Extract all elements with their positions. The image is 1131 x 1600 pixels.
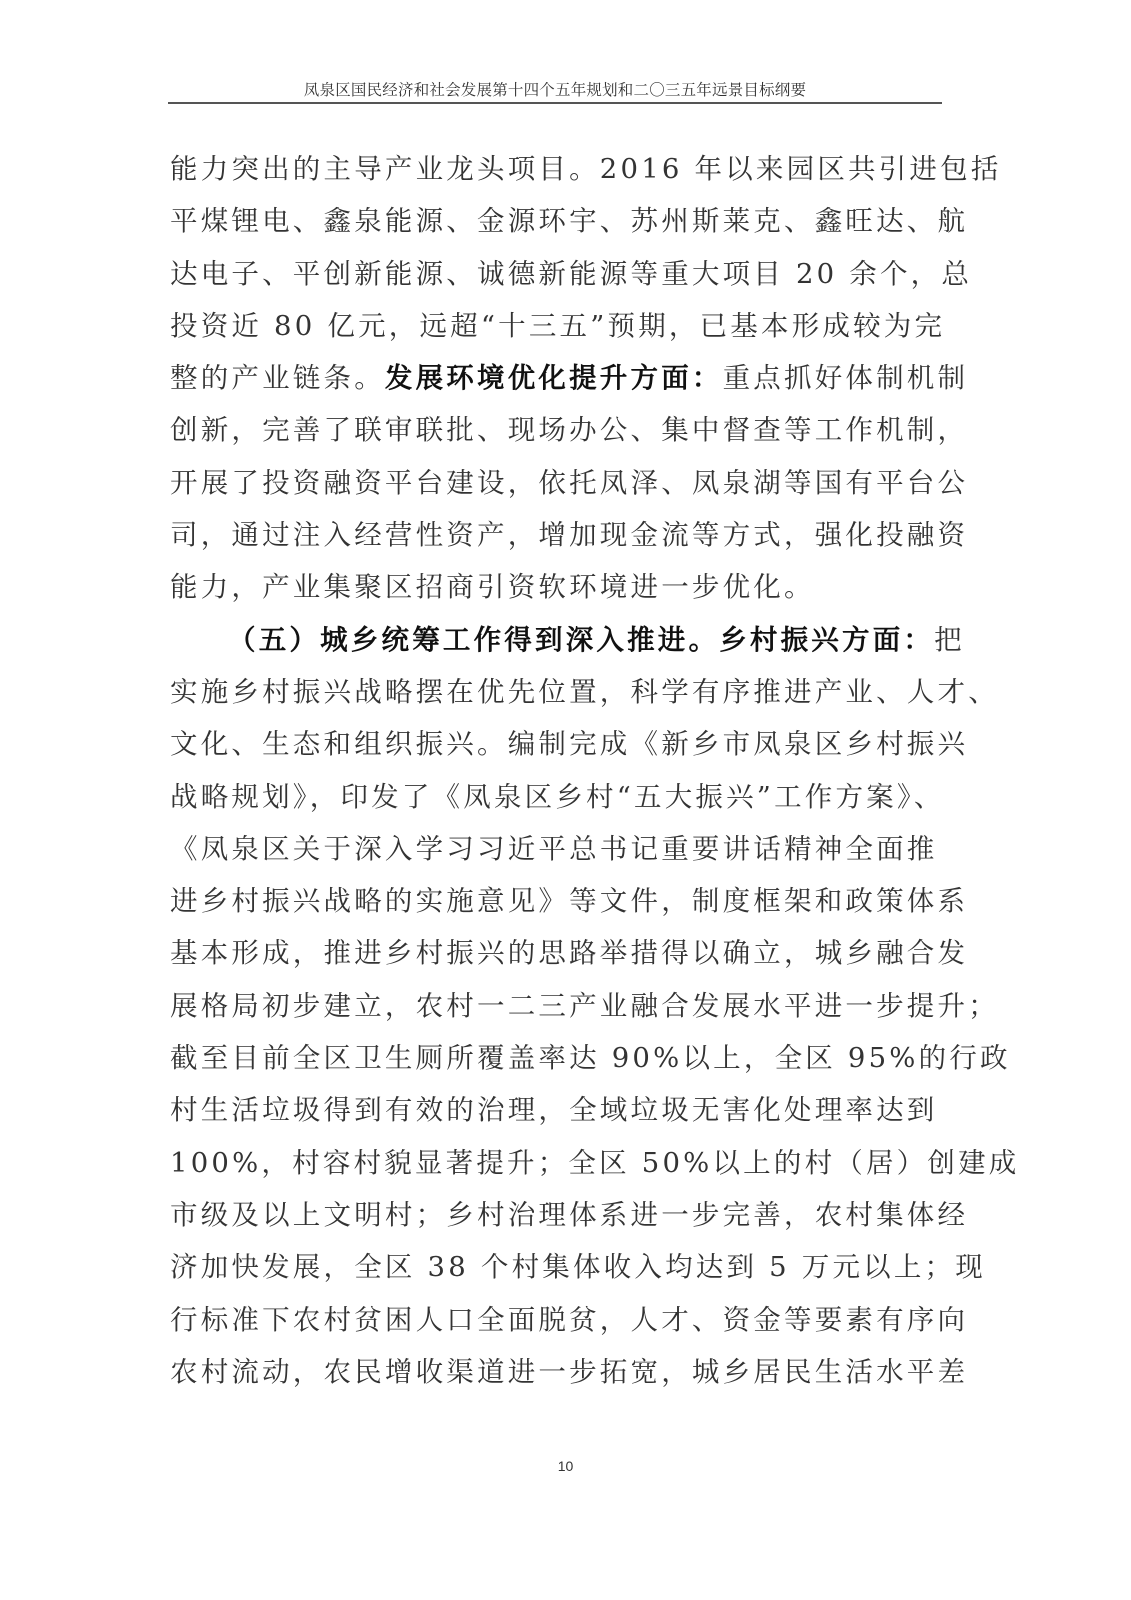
body-text-segment: 文化、生态和组织振兴。编制完成《新乡市凤泉区乡村振兴 <box>170 728 968 760</box>
body-text-segment: 平煤锂电、鑫泉能源、金源环宇、苏州斯莱克、鑫旺达、航 <box>170 205 968 237</box>
body-text-segment: 整的产业链条。 <box>170 362 385 394</box>
body-text-segment: 创新，完善了联审联批、现场办公、集中督查等工作机制， <box>170 414 968 446</box>
body-text-segment: 重点抓好体制机制 <box>723 362 969 394</box>
body-text-segment: 投资近 80 亿元，远超“十三五”预期，已基本形成较为完 <box>170 310 945 342</box>
text-line: 司，通过注入经营性资产，增加现金流等方式，强化投融资 <box>170 509 942 561</box>
text-line: 平煤锂电、鑫泉能源、金源环宇、苏州斯莱克、鑫旺达、航 <box>170 195 942 247</box>
bold-heading-text: （五）城乡统筹工作得到深入推进。乡村振兴方面： <box>228 624 934 656</box>
text-line: 能力，产业集聚区招商引资软环境进一步优化。 <box>170 561 942 613</box>
text-line: 市级及以上文明村；乡村治理体系进一步完善，农村集体经 <box>170 1189 942 1241</box>
text-line: 实施乡村振兴战略摆在优先位置，科学有序推进产业、人才、 <box>170 666 942 718</box>
body-text-segment: 实施乡村振兴战略摆在优先位置，科学有序推进产业、人才、 <box>170 676 999 708</box>
body-text-segment: 进乡村振兴战略的实施意见》等文件，制度框架和政策体系 <box>170 885 968 917</box>
text-line: 整的产业链条。发展环境优化提升方面：重点抓好体制机制 <box>170 352 942 404</box>
body-text-segment: 济加快发展，全区 38 个村集体收入均达到 5 万元以上；现 <box>170 1251 986 1283</box>
body-text-segment: 达电子、平创新能源、诚德新能源等重大项目 20 余个，总 <box>170 258 972 290</box>
body-text: 能力突出的主导产业龙头项目。2016 年以来园区共引进包括平煤锂电、鑫泉能源、金… <box>170 143 942 1398</box>
body-text-segment: 把 <box>934 624 965 656</box>
body-text-segment: 村生活垃圾得到有效的治理，全域垃圾无害化处理率达到 <box>170 1094 938 1126</box>
body-text-segment: 能力突出的主导产业龙头项目。2016 年以来园区共引进包括 <box>170 153 1002 185</box>
text-line: 济加快发展，全区 38 个村集体收入均达到 5 万元以上；现 <box>170 1241 942 1293</box>
text-line: 开展了投资融资平台建设，依托凤泽、凤泉湖等国有平台公 <box>170 457 942 509</box>
text-line: 文化、生态和组织振兴。编制完成《新乡市凤泉区乡村振兴 <box>170 718 942 770</box>
page-number: 10 <box>0 1458 1131 1474</box>
text-line: 进乡村振兴战略的实施意见》等文件，制度框架和政策体系 <box>170 875 942 927</box>
body-text-segment: 开展了投资融资平台建设，依托凤泽、凤泉湖等国有平台公 <box>170 467 968 499</box>
text-line: 投资近 80 亿元，远超“十三五”预期，已基本形成较为完 <box>170 300 942 352</box>
body-text-segment: 截至目前全区卫生厕所覆盖率达 90%以上，全区 95%的行政 <box>170 1042 1011 1074</box>
text-line: 能力突出的主导产业龙头项目。2016 年以来园区共引进包括 <box>170 143 942 195</box>
body-text-segment: 《凤泉区关于深入学习习近平总书记重要讲话精神全面推 <box>170 833 938 865</box>
body-text-segment: 100%，村容村貌显著提升；全区 50%以上的村（居）创建成 <box>170 1147 1019 1179</box>
text-line: 战略规划》，印发了《凤泉区乡村“五大振兴”工作方案》、 <box>170 771 942 823</box>
running-header: 凤泉区国民经济和社会发展第十四个五年规划和二〇三五年远景目标纲要 <box>168 78 942 100</box>
bold-heading-text: 发展环境优化提升方面： <box>385 362 723 394</box>
text-line: 农村流动，农民增收渠道进一步拓宽，城乡居民生活水平差 <box>170 1346 942 1398</box>
body-text-segment: 展格局初步建立，农村一二三产业融合发展水平进一步提升； <box>170 990 999 1022</box>
text-line: 创新，完善了联审联批、现场办公、集中督查等工作机制， <box>170 404 942 456</box>
body-text-segment: 司，通过注入经营性资产，增加现金流等方式，强化投融资 <box>170 519 968 551</box>
text-line: 行标准下农村贫困人口全面脱贫，人才、资金等要素有序向 <box>170 1294 942 1346</box>
text-line: 达电子、平创新能源、诚德新能源等重大项目 20 余个，总 <box>170 248 942 300</box>
text-line: （五）城乡统筹工作得到深入推进。乡村振兴方面：把 <box>170 614 942 666</box>
body-text-segment: 农村流动，农民增收渠道进一步拓宽，城乡居民生活水平差 <box>170 1356 968 1388</box>
text-line: 基本形成，推进乡村振兴的思路举措得以确立，城乡融合发 <box>170 927 942 979</box>
text-line: 截至目前全区卫生厕所覆盖率达 90%以上，全区 95%的行政 <box>170 1032 942 1084</box>
text-line: 《凤泉区关于深入学习习近平总书记重要讲话精神全面推 <box>170 823 942 875</box>
body-text-segment: 市级及以上文明村；乡村治理体系进一步完善，农村集体经 <box>170 1199 968 1231</box>
body-text-segment: 行标准下农村贫困人口全面脱贫，人才、资金等要素有序向 <box>170 1304 968 1336</box>
body-text-segment: 战略规划》，印发了《凤泉区乡村“五大振兴”工作方案》、 <box>170 781 945 813</box>
text-line: 100%，村容村貌显著提升；全区 50%以上的村（居）创建成 <box>170 1137 942 1189</box>
text-line: 展格局初步建立，农村一二三产业融合发展水平进一步提升； <box>170 980 942 1032</box>
header-rule <box>168 102 942 104</box>
text-line: 村生活垃圾得到有效的治理，全域垃圾无害化处理率达到 <box>170 1084 942 1136</box>
body-text-segment: 能力，产业集聚区招商引资软环境进一步优化。 <box>170 571 815 603</box>
body-text-segment: 基本形成，推进乡村振兴的思路举措得以确立，城乡融合发 <box>170 937 968 969</box>
